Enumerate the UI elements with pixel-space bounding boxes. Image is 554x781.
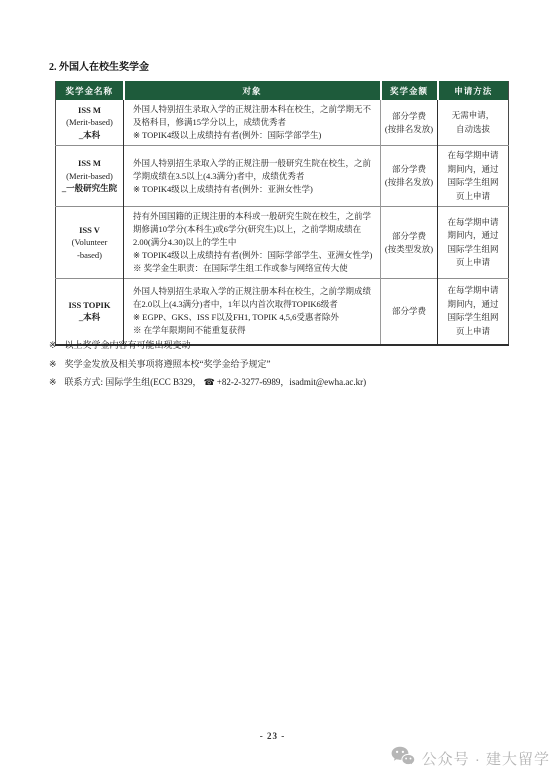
method-line: 期间内，通过 [438,298,508,312]
apply-method-cell: 在每学期申请 期间内，通过 国际学生组网 页上申请 [438,146,509,207]
target-cell: 外国人特别招生录取入学的正规注册本科在校生，之前学期无不及格科目，修满15学分以… [124,100,381,146]
scholarship-name-cell: ISS V (Volunteer -based) [56,207,124,279]
method-line: 在每学期申请 [438,216,508,230]
apply-method-cell: 在每学期申请 期间内，通过 国际学生组网 页上申请 [438,279,509,345]
header-apply-method: 申请方法 [438,81,509,100]
amount-cell: 部分学费 [381,279,438,345]
amount-line: 部分学费 [381,163,437,176]
target-cell: 外国人特别招生录取入学的正规注册一般研究生院在校生，之前学期成绩在3.5以上(4… [124,146,381,207]
target-note: ※ TOPIK4级以上成绩持有者(例外：亚洲女性学) [133,183,373,196]
method-line: 页上申请 [438,256,508,270]
method-line: 无需申请， [438,109,508,123]
apply-method-cell: 在每学期申请 期间内，通过 国际学生组网 页上申请 [438,207,509,279]
footnote-text: 联系方式: 国际学生组(ECC B329， [65,377,202,387]
watermark-label: 公众号 · 建大留学 [422,748,550,769]
scholarship-name-line: ISS V [56,224,123,237]
table-row: ISS V (Volunteer -based) 持有外国国籍的正规注册的本科或… [56,207,509,279]
watermark: 公众号 · 建大留学 [391,746,550,770]
footnote-change-notice: ※以上奖学金内容有可能出现变动 [49,339,519,352]
method-line: 在每学期申请 [438,149,508,163]
amount-line: 部分学费 [381,230,437,243]
method-line: 期间内，通过 [438,163,508,177]
footnote-text: 奖学金发放及相关事项将遵照本校“奖学金给予规定” [65,359,271,369]
scholarship-name-line: ISS M [56,157,123,170]
scholarship-name-cell: ISS TOPIK _本科 [56,279,124,345]
amount-line: 部分学费 [381,305,437,318]
method-line: 页上申请 [438,325,508,339]
amount-cell: 部分学费 (按排名发放) [381,146,438,207]
scholarship-name-line: (Volunteer [56,236,123,249]
target-note: ※ 奖学金生职责：在国际学生组工作或参与网络宣传大使 [133,262,373,275]
header-scholarship-name: 奖学金名称 [56,81,124,100]
scholarship-name-cell: ISS M (Merit-based) _本科 [56,100,124,146]
page-number: - 23 - [0,731,545,741]
header-target: 对象 [124,81,381,100]
footnotes: ※以上奖学金内容有可能出现变动 ※奖学金发放及相关事项将遵照本校“奖学金给予规定… [49,339,519,396]
method-line: 在每学期申请 [438,284,508,298]
amount-line: (按排名发放) [381,123,437,136]
target-cell: 持有外国国籍的正规注册的本科或一般研究生院在校生，之前学期修满10学分(本科生)… [124,207,381,279]
target-main-text: 外国人特别招生录取入学的正规注册一般研究生院在校生，之前学期成绩在3.5以上(4… [133,157,373,183]
footnote-regulation: ※奖学金发放及相关事项将遵照本校“奖学金给予规定” [49,358,519,371]
footnote-text: +82-2-3277-6989，isadmit@ewha.ac.kr) [217,377,366,387]
amount-line: (按排名发放) [381,176,437,189]
amount-cell: 部分学费 (按类型发放) [381,207,438,279]
phone-icon: ☎ [204,378,215,388]
header-amount: 奖学金额 [381,81,438,100]
target-main-text: 外国人特别招生录取入学的正规注册本科在校生，之前学期无不及格科目，修满15学分以… [133,103,373,129]
amount-line: 部分学费 [381,110,437,123]
target-note: ※ 在学年限期间不能重复获得 [133,324,373,337]
scholarship-name-line: _一般研究生院 [56,182,123,195]
target-note: ※ EGPP、GKS、ISS F以及FH1, TOPIK 4,5,6受惠者除外 [133,311,373,324]
target-main-text: 外国人特别招生录取入学的正规注册本科在校生，之前学期成绩在2.0以上(4.3满分… [133,285,373,311]
amount-cell: 部分学费 (按排名发放) [381,100,438,146]
table-row: ISS M (Merit-based) _一般研究生院 外国人特别招生录取入学的… [56,146,509,207]
method-line: 自动选拔 [438,123,508,137]
apply-method-cell: 无需申请， 自动选拔 [438,100,509,146]
method-line: 国际学生组网 [438,243,508,257]
target-cell: 外国人特别招生录取入学的正规注册本科在校生，之前学期成绩在2.0以上(4.3满分… [124,279,381,345]
footnote-contact: ※联系方式: 国际学生组(ECC B329，☎+82-2-3277-6989，i… [49,376,519,390]
scholarship-name-line: _本科 [56,129,123,142]
scholarship-name-line: ISS M [56,104,123,117]
table-row: ISS TOPIK _本科 外国人特别招生录取入学的正规注册本科在校生，之前学期… [56,279,509,345]
footnote-text: 以上奖学金内容有可能出现变动 [65,340,191,350]
reference-mark: ※ [49,340,57,350]
target-main-text: 持有外国国籍的正规注册的本科或一般研究生院在校生，之前学期修满10学分(本科生)… [133,210,373,249]
scholarship-name-line: (Merit-based) [56,116,123,129]
method-line: 国际学生组网 [438,311,508,325]
method-line: 国际学生组网 [438,176,508,190]
reference-mark: ※ [49,359,57,369]
scholarship-table: 奖学金名称 对象 奖学金额 申请方法 ISS M (Merit-based) _… [55,81,509,346]
target-note: ※ TOPIK4级以上成绩持有者(例外：国际学部学生) [133,129,373,142]
scholarship-name-line: -based) [56,249,123,262]
scholarship-name-line: ISS TOPIK [56,299,123,312]
document-page: 2. 外国人在校生奖学金 奖学金名称 对象 奖学金额 申请方法 ISS M (M… [0,0,554,781]
scholarship-name-line: (Merit-based) [56,170,123,183]
wechat-icon [391,746,415,770]
table-header-row: 奖学金名称 对象 奖学金额 申请方法 [56,81,509,100]
target-note: ※ TOPIK4级以上成绩持有者(例外：国际学部学生、亚洲女性学) [133,249,373,262]
scholarship-name-cell: ISS M (Merit-based) _一般研究生院 [56,146,124,207]
table-row: ISS M (Merit-based) _本科 外国人特别招生录取入学的正规注册… [56,100,509,146]
reference-mark: ※ [49,377,57,387]
method-line: 页上申请 [438,190,508,204]
method-line: 期间内，通过 [438,229,508,243]
scholarship-name-line: _本科 [56,311,123,324]
amount-line: (按类型发放) [381,243,437,256]
page-title: 2. 外国人在校生奖学金 [49,58,149,73]
